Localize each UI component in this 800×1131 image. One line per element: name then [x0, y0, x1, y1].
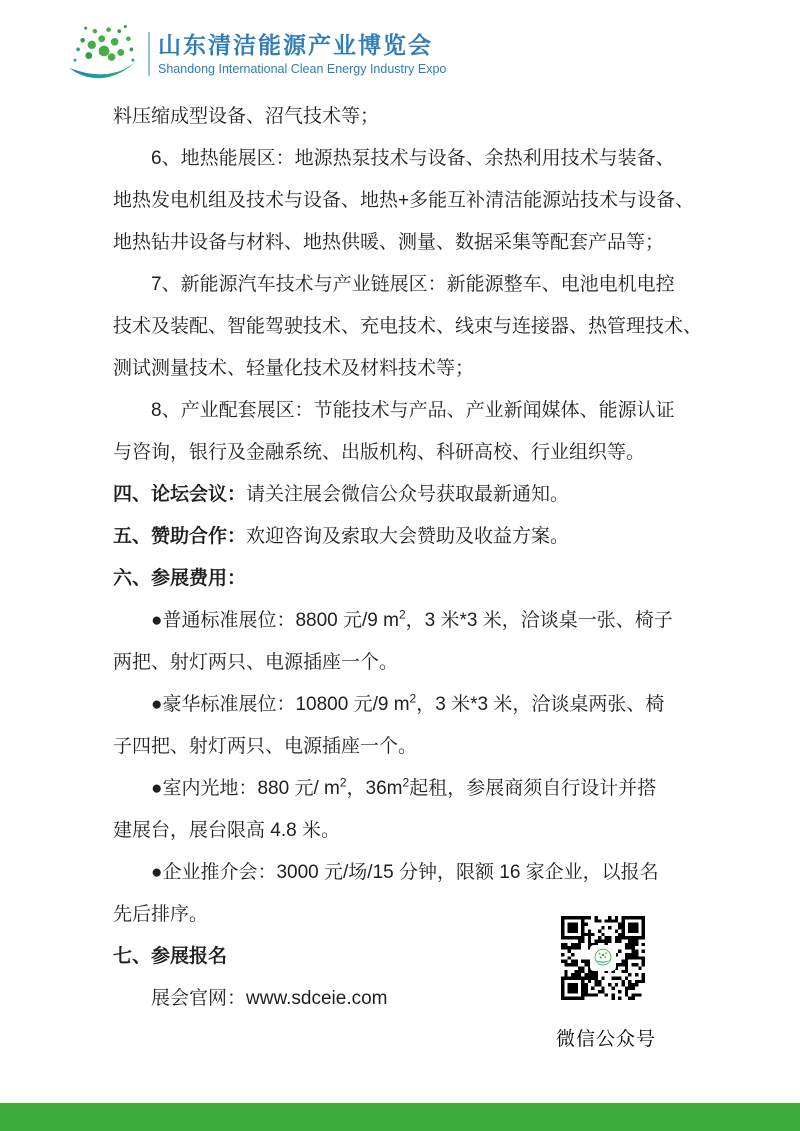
qr-code: [561, 916, 645, 1000]
text-line: 测试测量技术、轻量化技术及材料技术等；: [113, 348, 713, 390]
text-line: 子四把、射灯两只、电源插座一个。: [113, 726, 713, 768]
text-line: 地热发电机组及技术与设备、地热+多能互补清洁能源站技术与设备、: [113, 180, 713, 222]
qr-center-logo-icon: [590, 945, 616, 971]
expo-logo: 山东清洁能源产业博览会 Shandong International Clean…: [64, 22, 446, 86]
text-line: 建展台，展台限高 4.8 米。: [113, 810, 713, 852]
text-line: ●室内光地：880 元/ m2，36m2起租，参展商须自行设计并搭: [113, 768, 713, 810]
logo-text: 山东清洁能源产业博览会 Shandong International Clean…: [158, 31, 446, 77]
text-line: 四、论坛会议：请关注展会微信公众号获取最新通知。: [113, 474, 713, 516]
text-line: ●豪华标准展位：10800 元/9 m2，3 米*3 米，洽谈桌两张、椅: [113, 684, 713, 726]
text-line: 技术及装配、智能驾驶技术、充电技术、线束与连接器、热管理技术、: [113, 306, 713, 348]
logo-subtitle: Shandong International Clean Energy Indu…: [158, 61, 446, 77]
page: 山东清洁能源产业博览会 Shandong International Clean…: [0, 0, 800, 1131]
text-line: 料压缩成型设备、沼气技术等；: [113, 96, 713, 138]
footer-bar: [0, 1103, 800, 1131]
text-line: 五、赞助合作：欢迎咨询及索取大会赞助及收益方案。: [113, 516, 713, 558]
body-text: 料压缩成型设备、沼气技术等；6、地热能展区：地源热泵技术与设备、余热利用技术与装…: [113, 96, 713, 1020]
text-line: 六、参展费用：: [113, 558, 713, 600]
qr-block: 微信公众号: [556, 916, 666, 1051]
logo-mark-icon: [64, 22, 144, 86]
text-line: ●普通标准展位：8800 元/9 m2，3 米*3 米，洽谈桌一张、椅子: [113, 600, 713, 642]
text-line: ●企业推介会：3000 元/场/15 分钟，限额 16 家企业，以报名: [113, 852, 713, 894]
qr-caption: 微信公众号: [556, 1024, 666, 1051]
text-line: 与咨询，银行及金融系统、出版机构、科研高校、行业组织等。: [113, 432, 713, 474]
text-line: 8、产业配套展区：节能技术与产品、产业新闻媒体、能源认证: [113, 390, 713, 432]
logo-title: 山东清洁能源产业博览会: [158, 31, 446, 59]
text-line: 两把、射灯两只、电源插座一个。: [113, 642, 713, 684]
text-line: 6、地热能展区：地源热泵技术与设备、余热利用技术与装备、: [113, 138, 713, 180]
text-line: 地热钻井设备与材料、地热供暖、测量、数据采集等配套产品等；: [113, 222, 713, 264]
text-line: 7、新能源汽车技术与产业链展区：新能源整车、电池电机电控: [113, 264, 713, 306]
logo-divider: [148, 32, 150, 76]
